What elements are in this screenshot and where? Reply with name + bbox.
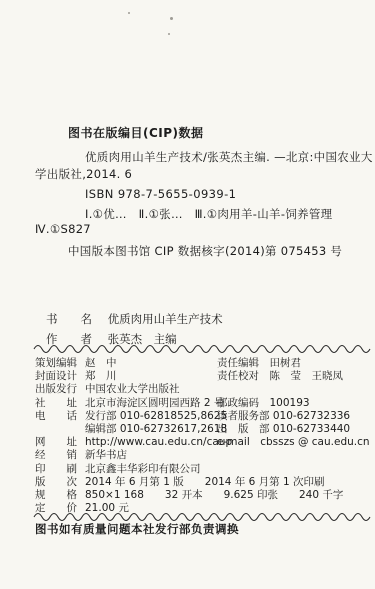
quality-note: 图书如有质量问题本社发行部负责调换 <box>35 521 239 537</box>
pub-row-right <box>217 383 370 396</box>
book-title-label: 书 名 <box>46 311 92 327</box>
pub-row-label: 出版发行 <box>35 383 85 396</box>
pub-row-label: 电 话 <box>35 410 85 423</box>
scan-speck <box>168 33 170 35</box>
pub-row: 封面设计 郑 川 责任校对 陈 莹 王晓凤 <box>35 370 370 383</box>
pub-row-right: 邮政编码 100193 <box>217 397 370 410</box>
pub-row: 编辑部 010-62732617,2618 出 版 部 010-62733440 <box>35 423 370 436</box>
pub-row-right <box>217 449 370 462</box>
pub-row-value: 北京鑫丰华彩印有限公司 <box>85 463 217 476</box>
pub-row-value: 新华书店 <box>85 449 217 462</box>
cip-entry-line1: 优质肉用山羊生产技术/张英杰主编. —北京:中国农业大 <box>85 149 373 165</box>
pub-row-right: 责任校对 陈 莹 王晓凤 <box>217 370 370 383</box>
pub-row: 经 销 新华书店 <box>35 449 370 462</box>
pub-row: 策划编辑 赵 中 责任编辑 田树君 <box>35 357 370 370</box>
pub-row-value: 2014 年 6 月第 1 版 2014 年 6 月第 1 次印刷 <box>85 476 217 489</box>
pub-row-right: 出 版 部 010-62733440 <box>217 423 370 436</box>
pub-row-label: 封面设计 <box>35 370 85 383</box>
wavy-divider <box>33 344 371 354</box>
pub-row: 社 址 北京市海淀区圆明园西路 2 号 邮政编码 100193 <box>35 397 370 410</box>
pub-row-label: 社 址 <box>35 397 85 410</box>
cip-entry-line2: 学出版社,2014. 6 <box>35 166 132 182</box>
pub-row-value: 发行部 010-62818525,8625 <box>85 410 217 423</box>
pub-row: 网 址 http://www.cau.edu.cn/caup e-mail cb… <box>35 436 370 449</box>
pub-row: 出版发行 中国农业大学出版社 <box>35 383 370 396</box>
pub-row-right: 读者服务部 010-62732336 <box>217 410 370 423</box>
pub-row-label: 经 销 <box>35 449 85 462</box>
pub-row-right <box>217 463 370 476</box>
pub-row-label: 印 刷 <box>35 463 85 476</box>
pub-row-value: http://www.cau.edu.cn/caup <box>85 436 217 449</box>
pub-row-value: 编辑部 010-62732617,2618 <box>85 423 217 436</box>
pub-row-value: 赵 中 <box>85 357 217 370</box>
cip-header: 图书在版编目(CIP)数据 <box>68 124 204 141</box>
pub-row: 印 刷 北京鑫丰华彩印有限公司 <box>35 463 370 476</box>
pub-row-value: 850×1 168 32 开本 9.625 印张 240 千字 <box>85 489 217 502</box>
pub-row-label <box>35 423 85 436</box>
copyright-page: 图书在版编目(CIP)数据 优质肉用山羊生产技术/张英杰主编. —北京:中国农业… <box>0 0 375 589</box>
book-title-row: 书 名 优质肉用山羊生产技术 <box>46 311 223 327</box>
classification-line1: Ⅰ.①优… Ⅱ.①张… Ⅲ.①肉用羊-山羊-饲养管理 <box>85 206 332 222</box>
publication-info: 策划编辑 赵 中 责任编辑 田树君 封面设计 郑 川 责任校对 陈 莹 王晓凤 … <box>35 357 370 515</box>
pub-row-value: 北京市海淀区圆明园西路 2 号 <box>85 397 217 410</box>
pub-row-right <box>217 489 370 502</box>
book-title-value: 优质肉用山羊生产技术 <box>108 312 223 326</box>
scan-speck <box>128 12 130 14</box>
pub-row-label: 网 址 <box>35 436 85 449</box>
pub-row-right: e-mail cbsszs @ cau.edu.cn <box>217 436 370 449</box>
cip-record-number: 中国版本图书馆 CIP 数据核字(2014)第 075453 号 <box>68 243 342 259</box>
classification-line2: Ⅳ.①S827 <box>35 222 91 236</box>
pub-row-right <box>217 476 370 489</box>
pub-row-label: 规 格 <box>35 489 85 502</box>
pub-row: 电 话 发行部 010-62818525,8625 读者服务部 010-6273… <box>35 410 370 423</box>
scan-speck <box>170 17 173 20</box>
isbn-line: ISBN 978-7-5655-0939-1 <box>85 187 236 201</box>
pub-row: 版 次 2014 年 6 月第 1 版 2014 年 6 月第 1 次印刷 <box>35 476 370 489</box>
pub-row: 规 格 850×1 168 32 开本 9.625 印张 240 千字 <box>35 489 370 502</box>
pub-row-right: 责任编辑 田树君 <box>217 357 370 370</box>
pub-row-label: 策划编辑 <box>35 357 85 370</box>
pub-row-value: 郑 川 <box>85 370 217 383</box>
pub-row-value: 中国农业大学出版社 <box>85 383 217 396</box>
pub-row-label: 版 次 <box>35 476 85 489</box>
